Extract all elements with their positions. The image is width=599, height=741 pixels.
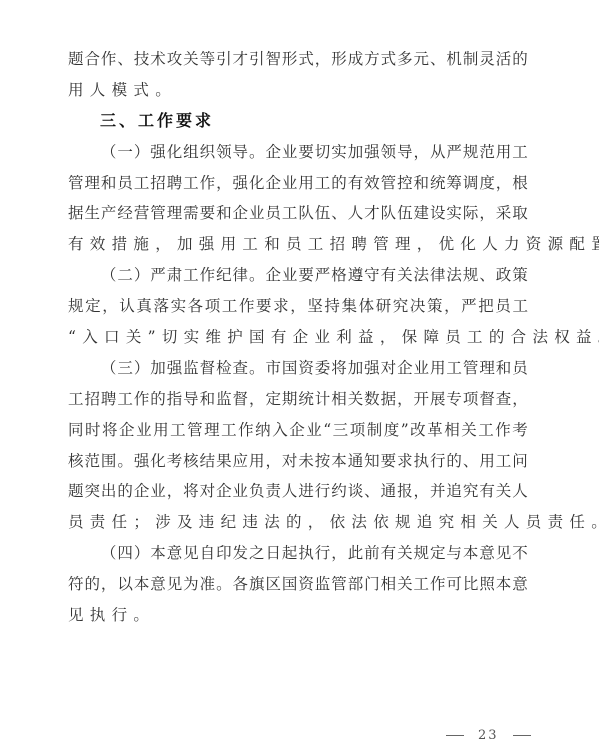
text-line: 用人模式。: [68, 75, 528, 106]
page-footer: 23: [446, 728, 531, 741]
text-line: 同时将企业用工管理工作纳入企业“三项制度”改革相关工作考: [68, 415, 528, 446]
text-line: （一）强化组织领导。企业要切实加强领导，从严规范用工: [68, 137, 528, 168]
paragraph: 题合作、技术攻关等引才引智形式，形成方式多元、机制灵活的用人模式。: [68, 44, 528, 106]
text-line: 管理和员工招聘工作，强化企业用工的有效管控和统筹调度，根: [68, 168, 528, 199]
text-line: 核范围。强化考核结果应用，对未按本通知要求执行的、用工问: [68, 446, 528, 477]
document-body: 题合作、技术攻关等引才引智形式，形成方式多元、机制灵活的用人模式。三、工作要求 …: [68, 44, 528, 631]
section-heading: 三、工作要求: [68, 106, 528, 137]
text-line: 工招聘工作的指导和监督，定期统计相关数据，开展专项督查，: [68, 384, 528, 415]
text-line: 符的，以本意见为准。各旗区国资监管部门相关工作可比照本意: [68, 569, 528, 600]
text-line: （三）加强监督检查。市国资委将加强对企业用工管理和员: [68, 353, 528, 384]
text-line: 见执行。: [68, 600, 528, 631]
text-line: 题突出的企业，将对企业负责人进行约谈、通报，并追究有关人: [68, 476, 528, 507]
text-line: “入口关”切实维护国有企业利益，保障员工的合法权益。: [68, 322, 528, 353]
document-page: 题合作、技术攻关等引才引智形式，形成方式多元、机制灵活的用人模式。三、工作要求 …: [0, 0, 599, 741]
text-line: 题合作、技术攻关等引才引智形式，形成方式多元、机制灵活的: [68, 44, 528, 75]
text-line: （四）本意见自印发之日起执行，此前有关规定与本意见不: [68, 538, 528, 569]
footer-dash-right: [513, 735, 531, 736]
text-line: 有效措施，加强用工和员工招聘管理，优化人力资源配置。: [68, 229, 528, 260]
paragraph: （四）本意见自印发之日起执行，此前有关规定与本意见不符的，以本意见为准。各旗区国…: [68, 538, 528, 631]
text-line: 员责任；涉及违纪违法的，依法依规追究相关人员责任。: [68, 507, 528, 538]
text-line: （二）严肃工作纪律。企业要严格遵守有关法律法规、政策: [68, 260, 528, 291]
page-number: 23: [478, 728, 499, 741]
text-line: 据生产经营管理需要和企业员工队伍、人才队伍建设实际，采取: [68, 198, 528, 229]
footer-dash-left: [446, 735, 464, 736]
paragraph: （三）加强监督检查。市国资委将加强对企业用工管理和员工招聘工作的指导和监督，定期…: [68, 353, 528, 538]
paragraph: （一）强化组织领导。企业要切实加强领导，从严规范用工管理和员工招聘工作，强化企业…: [68, 137, 528, 261]
text-line: 规定，认真落实各项工作要求，坚持集体研究决策，严把员工: [68, 291, 528, 322]
paragraph: （二）严肃工作纪律。企业要严格遵守有关法律法规、政策规定，认真落实各项工作要求，…: [68, 260, 528, 353]
